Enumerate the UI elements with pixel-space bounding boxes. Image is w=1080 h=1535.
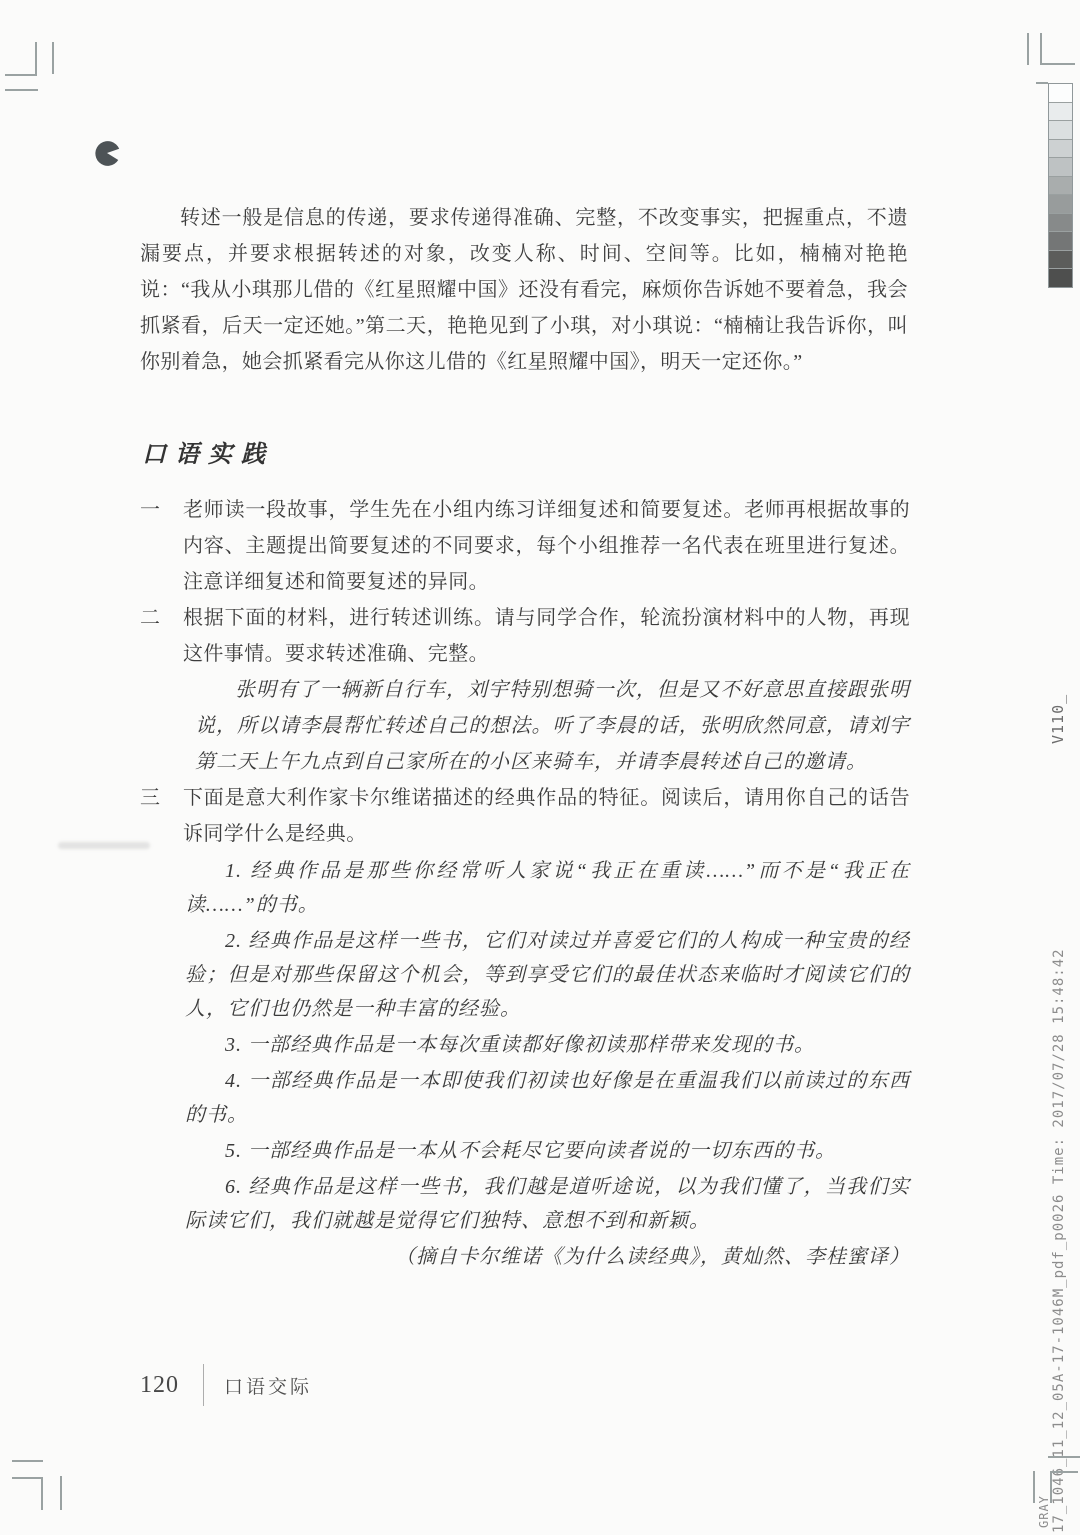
crop-mark: [1027, 33, 1029, 65]
exercise-item-1: 一 老师读一段故事，学生先在小组内练习详细复述和简要复述。老师再根据故事的内容、…: [140, 492, 910, 600]
crop-mark: [1040, 33, 1042, 65]
grayscale-step: [1049, 195, 1072, 214]
grayscale-step: [1049, 121, 1072, 140]
crop-mark: [12, 1477, 43, 1479]
crop-mark: [5, 74, 37, 76]
classic-point-4: 4. 一部经典作品是一本即使我们初读也好像是在重温我们以前读过的东西的书。: [185, 1064, 910, 1132]
scan-smudge: [58, 842, 150, 849]
crop-mark: [1048, 1456, 1080, 1458]
crop-mark: [1036, 82, 1048, 84]
exercise-item-2: 二 根据下面的材料，进行转述训练。请与同学合作，轮流扮演材料中的人物，再现这件事…: [140, 600, 910, 780]
exercise-material: 张明有了一辆新自行车，刘宇特别想骑一次，但是又不好意思直接跟张明说，所以请李晨帮…: [195, 672, 910, 780]
exercise-item-3: 三 下面是意大利作家卡尔维诺描述的经典作品的特征。阅读后，请用你自己的话告诉同学…: [140, 780, 910, 1274]
grayscale-step: [1049, 84, 1072, 103]
exercise-text: 根据下面的材料，进行转述训练。请与同学合作，轮流扮演材料中的人物，再现这件事情。…: [183, 600, 910, 672]
classic-point-1: 1. 经典作品是那些你经常听人家说“我正在重读……”而不是“我正在读……”的书。: [185, 854, 910, 922]
crop-mark: [35, 42, 37, 76]
grayscale-step: [1049, 140, 1072, 159]
classic-point-3: 3. 一部经典作品是一本每次重读都好像初读那样带来发现的书。: [185, 1028, 910, 1062]
prepress-slug-line: 17_1046_11_12_05A-17-1046M_pdf_p0026 Tim…: [1051, 948, 1067, 1533]
crop-mark: [41, 1477, 43, 1510]
classic-point-2: 2. 经典作品是这样一些书，它们对读过并喜爱它们的人构成一种宝贵的经验；但是对那…: [185, 924, 910, 1026]
classic-point-6: 6. 经典作品是这样一些书，我们越是道听途说，以为我们懂了，当我们实际读它们，我…: [185, 1170, 910, 1238]
grayscale-step: [1049, 269, 1072, 287]
intro-paragraph: 转述一般是信息的传递，要求传递得准确、完整，不改变事实，把握重点，不遗漏要点，并…: [140, 200, 908, 380]
exercise-list: 一 老师读一段故事，学生先在小组内练习详细复述和简要复述。老师再根据故事的内容、…: [140, 492, 910, 1274]
grayscale-step: [1049, 232, 1072, 251]
footer-section-label: 口语交际: [224, 1372, 312, 1399]
grayscale-calibration-strip: [1048, 83, 1073, 288]
classic-point-5: 5. 一部经典作品是一本从不会耗尽它要向读者说的一切东西的书。: [185, 1134, 910, 1168]
prepress-channel-label: GRAY: [1037, 1495, 1051, 1528]
source-attribution: （摘自卡尔维诺《为什么读经典》，黄灿然、李桂蜜译）: [185, 1240, 910, 1274]
grayscale-step: [1049, 214, 1072, 233]
grayscale-step: [1049, 103, 1072, 122]
exercise-body: 下面是意大利作家卡尔维诺描述的经典作品的特征。阅读后，请用你自己的话告诉同学什么…: [183, 780, 910, 1274]
crop-mark: [1033, 1471, 1035, 1503]
version-code-vertical: V110_: [1049, 694, 1067, 744]
page-footer: 120 口语交际: [140, 1364, 312, 1406]
section-heading: 口语实践: [142, 434, 274, 469]
exercise-marker: 三: [140, 780, 183, 816]
exercise-text: 下面是意大利作家卡尔维诺描述的经典作品的特征。阅读后，请用你自己的话告诉同学什么…: [183, 780, 910, 852]
crop-mark: [1040, 63, 1075, 65]
crop-mark: [5, 89, 38, 91]
exercise-marker: 一: [140, 492, 183, 528]
crop-mark: [1050, 1471, 1078, 1473]
publisher-logo-icon: [92, 138, 122, 168]
grayscale-step: [1049, 158, 1072, 177]
grayscale-step: [1049, 251, 1072, 270]
grayscale-step: [1049, 177, 1072, 196]
page-number: 120: [140, 1372, 179, 1399]
crop-mark: [52, 42, 54, 74]
exercise-body: 根据下面的材料，进行转述训练。请与同学合作，轮流扮演材料中的人物，再现这件事情。…: [183, 600, 910, 780]
exercise-marker: 二: [140, 600, 183, 636]
crop-mark: [60, 1476, 62, 1510]
crop-mark: [12, 1460, 43, 1462]
exercise-text: 老师读一段故事，学生先在小组内练习详细复述和简要复述。老师再根据故事的内容、主题…: [183, 492, 910, 600]
exercise-body: 老师读一段故事，学生先在小组内练习详细复述和简要复述。老师再根据故事的内容、主题…: [183, 492, 910, 600]
crop-mark: [1050, 1471, 1052, 1503]
textbook-page: 转述一般是信息的传递，要求传递得准确、完整，不改变事实，把握重点，不遗漏要点，并…: [0, 0, 1080, 1535]
footer-divider: [203, 1364, 204, 1406]
